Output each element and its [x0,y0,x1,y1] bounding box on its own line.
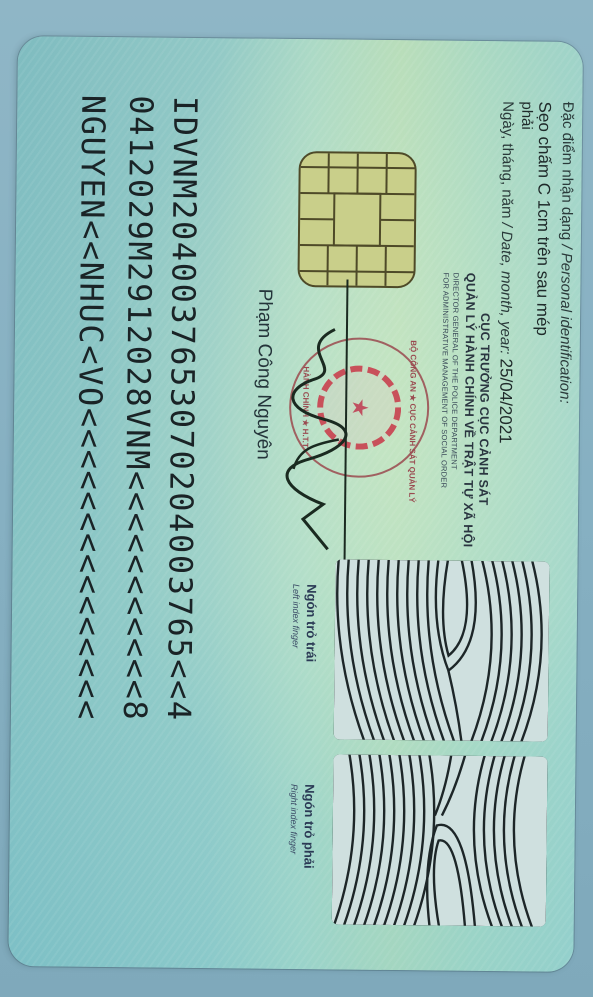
issuer-title-en-1: DIRECTOR GENERAL OF THE POLICE DEPARTMEN… [450,273,461,470]
date-label-en: Date, month, year: [497,231,515,355]
right-fingerprint [332,754,548,926]
right-finger-label: Ngón trỏ phải [301,784,317,869]
issuer-title-vi-2: QUẢN LÝ HÀNH CHÍNH VỀ TRẬT TỰ XÃ HỘI [461,273,478,548]
chip-icon [297,151,416,288]
label-separator: / [558,244,575,253]
id-card-back: Đặc điểm nhận dạng / Personal identifica… [8,36,583,972]
identification-label: Đặc điểm nhận dạng / Personal identifica… [556,102,576,404]
date-separator: / [498,223,515,232]
left-fingerprint [334,559,550,741]
mrz-line-2: 0412029M2912028VNM<<<<<<<<<<<8 [116,95,161,721]
left-finger-label: Ngón trỏ trái [303,584,319,662]
issuer-title-vi-1: CỤC TRƯỞNG CỤC CẢNH SÁT [476,313,492,506]
seal-text-top: BỘ CÔNG AN ★ CỤC CẢNH SÁT QUẢN LÝ [407,340,417,476]
identification-value-cont: phải [518,101,535,130]
identification-value: Sẹo chấm C 1cm trên sau mép [532,101,554,336]
signature [267,319,355,580]
issue-date: Ngày, tháng, năm / Date, month, year: 25… [495,101,519,444]
date-value: 25/04/2021 [496,359,516,444]
date-label-vi: Ngày, tháng, năm [498,101,516,218]
right-finger-label-en: Right index finger [288,784,299,854]
mrz-line-3: NGUYEN<<NHUC<VO<<<<<<<<<<<<<<< [68,95,113,721]
identification-label-vi: Đặc điểm nhận dạng [558,102,576,241]
left-finger-label-en: Left index finger [291,584,302,648]
signer-name: Phạm Công Nguyên [252,289,276,460]
mrz-line-1: IDVNM2040037653070204003765<<4 [160,96,205,722]
identification-label-en: Personal identification: [556,253,575,404]
